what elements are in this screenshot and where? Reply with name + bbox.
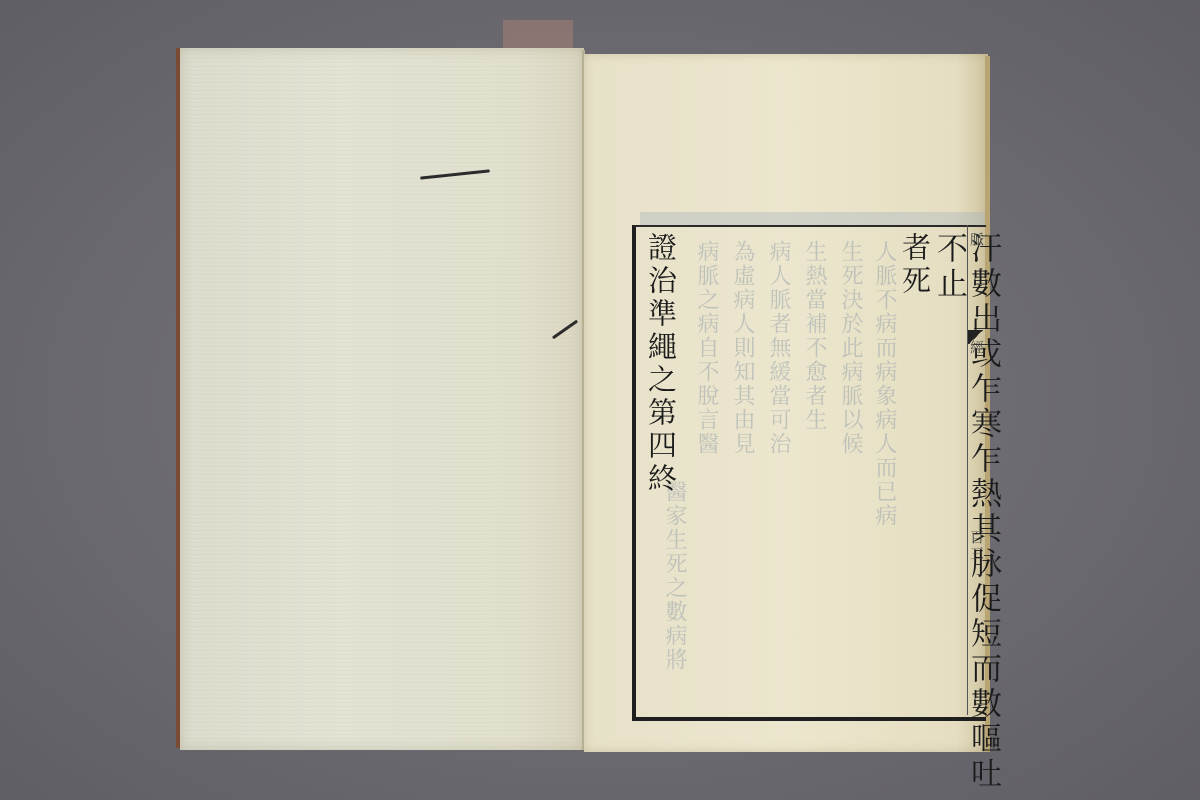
margin-section: 經 <box>970 340 986 356</box>
frame-top-band <box>640 212 985 226</box>
second-text-column: 者死 <box>898 232 932 298</box>
closing-title: 證治準繩之第四終 <box>644 232 678 496</box>
left-page <box>180 48 584 750</box>
margin-page-number: 百三 <box>970 530 986 562</box>
main-text-column: 汗數出或乍寒乍熱其脉促短而數嘔吐不止 <box>932 232 1000 800</box>
wormhole-mark <box>552 320 578 340</box>
paper-tag <box>503 20 573 50</box>
margin-title: 脈 <box>970 232 986 248</box>
wormhole-mark <box>420 169 490 179</box>
